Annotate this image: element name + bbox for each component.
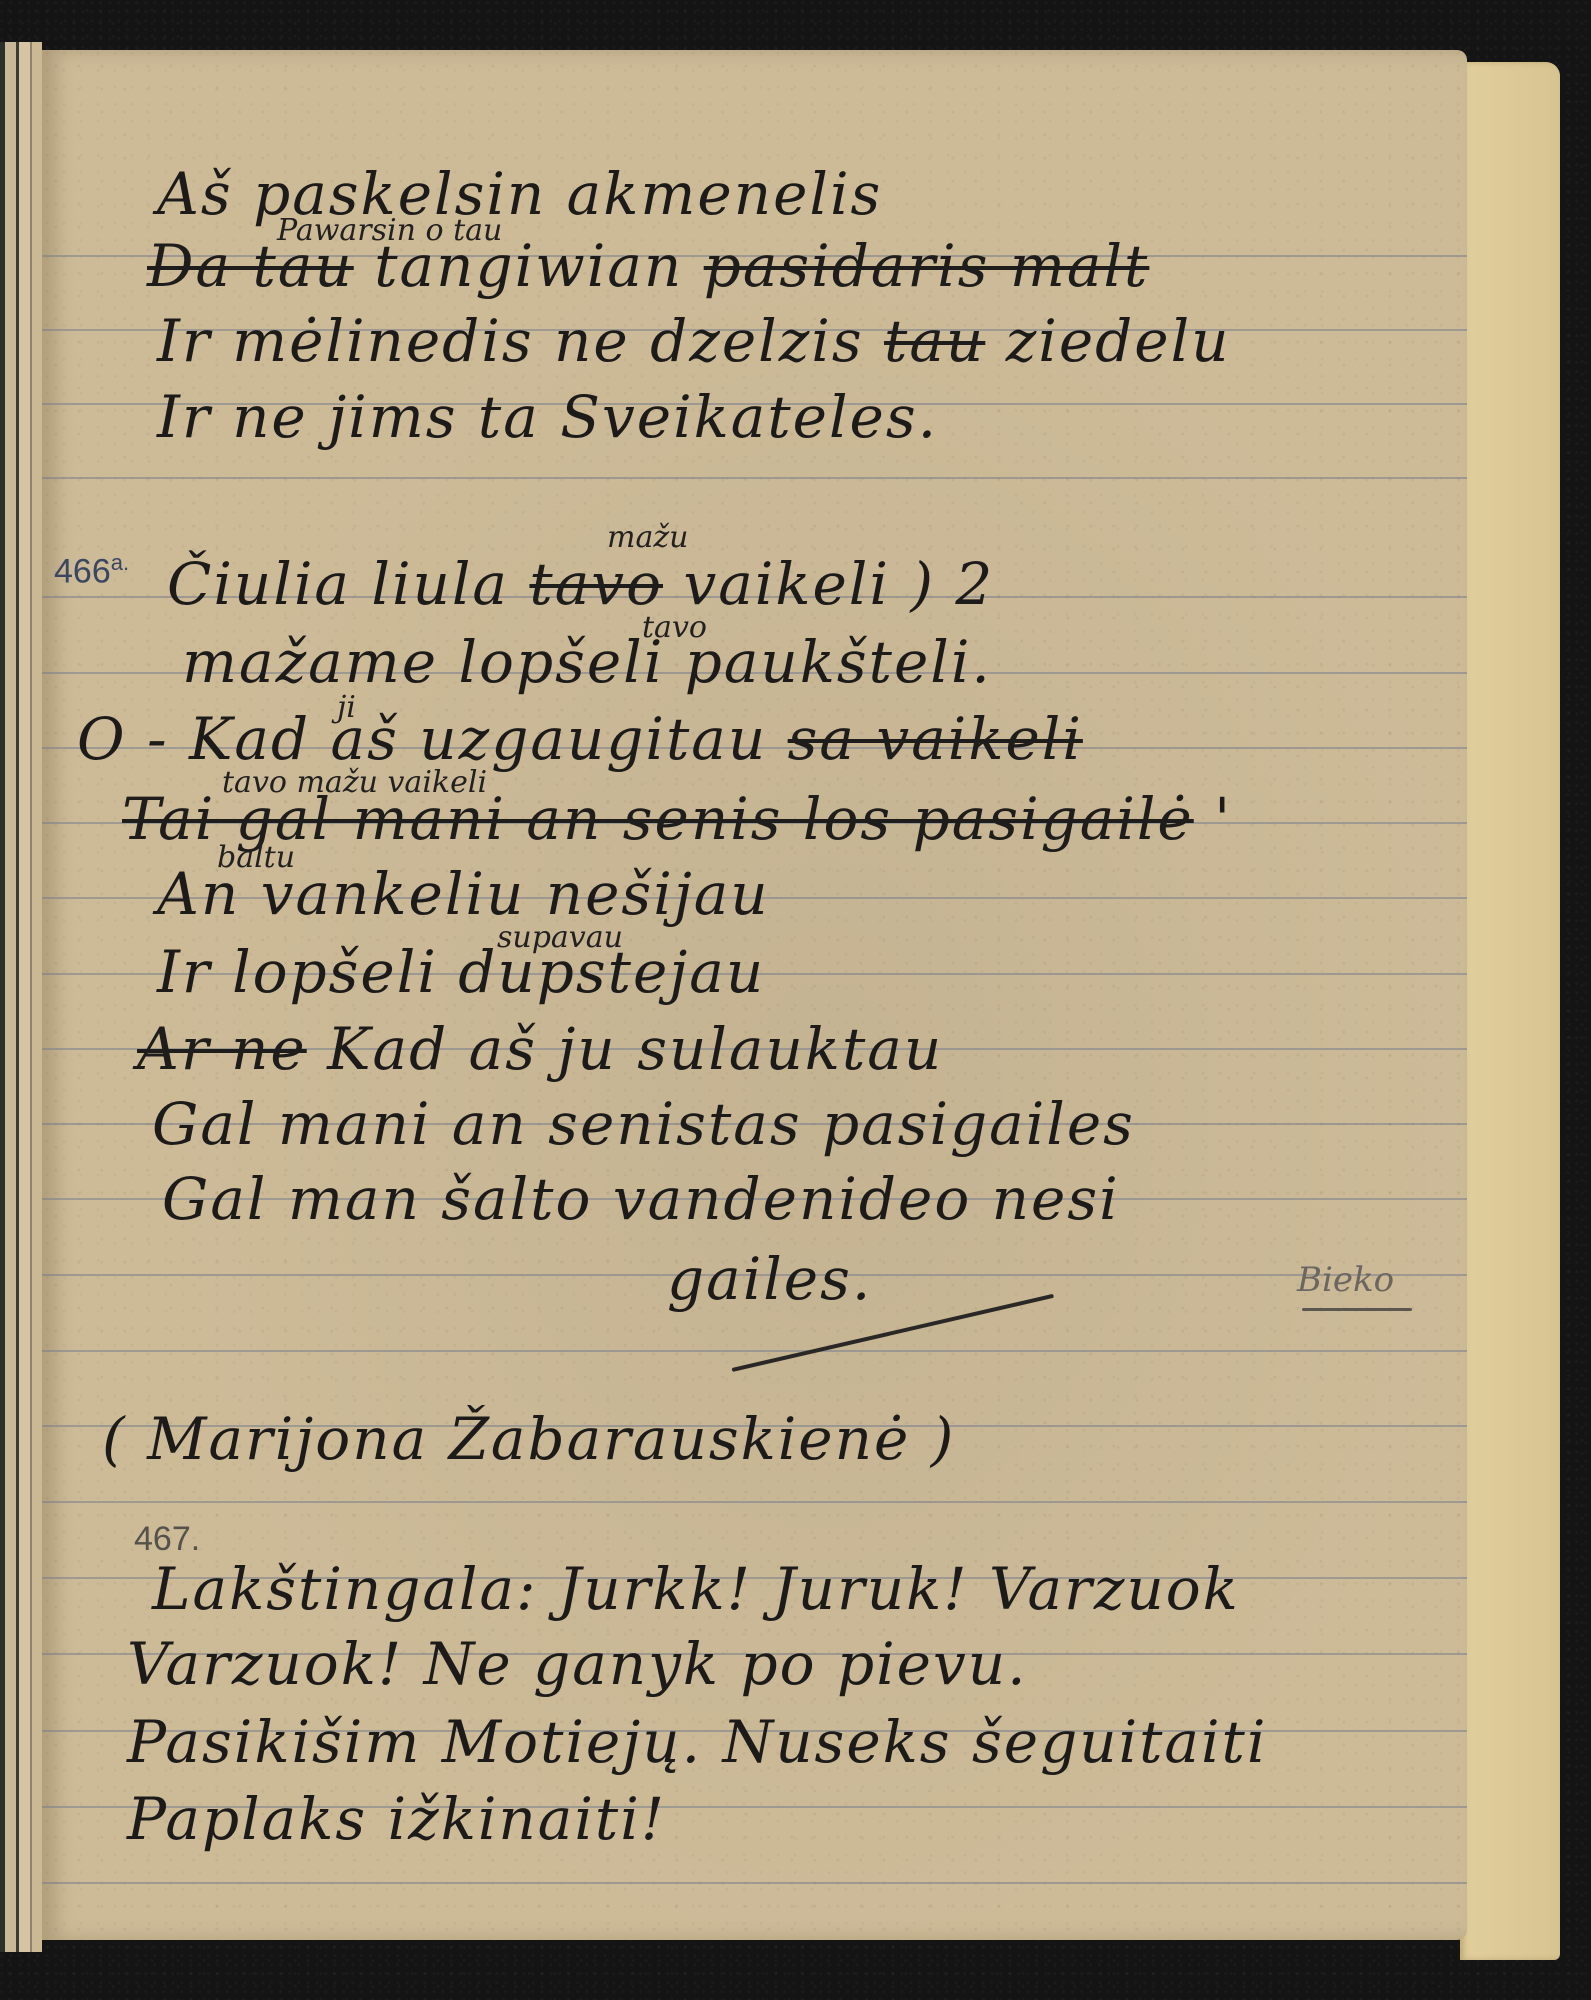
repeat-mark: ) 2 [910, 550, 994, 618]
line-text: vankeliu nešijau [261, 860, 770, 928]
line-text: Lakštingala: Jurkk! Juruk! Varzuok [152, 1555, 1240, 1623]
struck-text: tau [884, 307, 985, 375]
struck-text: sa vaikeli [788, 705, 1083, 773]
struck-text: tavo [529, 550, 663, 618]
song-line: Gal mani an senistas pasigailes [152, 1090, 1135, 1158]
song-number-suffix: a. [111, 550, 129, 575]
song-line: Lakštingala: Jurkk! Juruk! Varzuok [152, 1555, 1240, 1623]
line-text: mažame lopšeli [182, 628, 664, 696]
ruled-line [42, 1882, 1467, 1884]
line-text: Ir mėlinedis ne dzelzis [157, 307, 864, 375]
ruled-line [42, 1501, 1467, 1503]
song-line: An vankeliu nešijau [157, 860, 770, 928]
song-line: Pasikišim Motiejų. Nuseks šeguitaiti [127, 1708, 1267, 1776]
song-number-467: 467. [134, 1520, 200, 1559]
line-text: Pasikišim Motiejų. Nuseks šeguitaiti [127, 1708, 1267, 1776]
song-line: O - Kad aš uzgaugitau sa vaikeli [77, 705, 1083, 773]
notebook-page: Aš paskelsin akmenelis Pawarsin o tau Da… [42, 50, 1467, 1940]
line-text: An [157, 860, 240, 928]
song-line: Ar ne Kad aš ju sulauktau [137, 1015, 943, 1083]
line-text: tangiwian [374, 232, 683, 300]
ruled-line [42, 1350, 1467, 1352]
song-line: gailes. [667, 1245, 872, 1313]
singer-name: ( Marijona Žabarauskienė ) [102, 1405, 955, 1473]
back-page-edge [1460, 62, 1560, 1960]
song-line: Ir mėlinedis ne dzelzis tau ziedelu [157, 307, 1231, 375]
song-line: Varzuok! Ne ganyk po pievu. [127, 1630, 1028, 1698]
notebook-spine-page-edges [0, 42, 42, 1952]
line-text: ' [1214, 785, 1232, 853]
line-text: Gal mani an senistas pasigailes [152, 1090, 1135, 1158]
song-line: Ir lopšeli dupstejau [157, 938, 765, 1006]
struck-text: Da tau [147, 232, 354, 300]
line-text: vaikeli [683, 550, 889, 618]
line-text: Kad aš ju sulauktau [327, 1015, 943, 1083]
pencil-underline [1302, 1308, 1412, 1311]
song-line: Aš paskelsin akmenelis [157, 160, 882, 228]
line-text: Gal man šalto vandenideo nesi [162, 1165, 1120, 1233]
song-line: Čiulia liula tavo vaikeli ) 2 [167, 550, 994, 618]
line-text: Aš paskelsin akmenelis [157, 160, 882, 228]
line-text: uzgaugitau [419, 705, 767, 773]
song-number: 466 [54, 552, 111, 590]
song-line: mažame lopšeli paukšteli. [182, 628, 992, 696]
song-line: Ir ne jims ta Sveikateles. [157, 383, 938, 451]
ruled-line [42, 477, 1467, 479]
song-line: Gal man šalto vandenideo nesi [162, 1165, 1120, 1233]
song-number-466a: 466a. [54, 550, 129, 591]
line-text: Čiulia liula [167, 550, 509, 618]
line-text: paukšteli. [685, 628, 992, 696]
line-text: Paplaks ižkinaiti! [127, 1785, 666, 1853]
line-text: Varzuok! Ne ganyk po pievu. [127, 1630, 1028, 1698]
song-line: Da tau tangiwian pasidaris malt [147, 232, 1149, 300]
pencil-annotation: Bieko [1297, 1260, 1394, 1300]
line-text: ziedelu [1006, 307, 1231, 375]
line-text: ( Marijona Žabarauskienė ) [102, 1405, 955, 1473]
line-text: Ir ne jims ta Sveikateles. [157, 383, 938, 451]
struck-text: Ar ne [137, 1015, 307, 1083]
line-prefix: O - [77, 705, 169, 773]
song-line: Paplaks ižkinaiti! [127, 1785, 666, 1853]
line-text: gailes. [667, 1245, 872, 1313]
struck-text: pasidaris malt [704, 232, 1150, 300]
line-text: Kad aš [189, 705, 399, 773]
line-text: Ir lopšeli dupstejau [157, 938, 765, 1006]
